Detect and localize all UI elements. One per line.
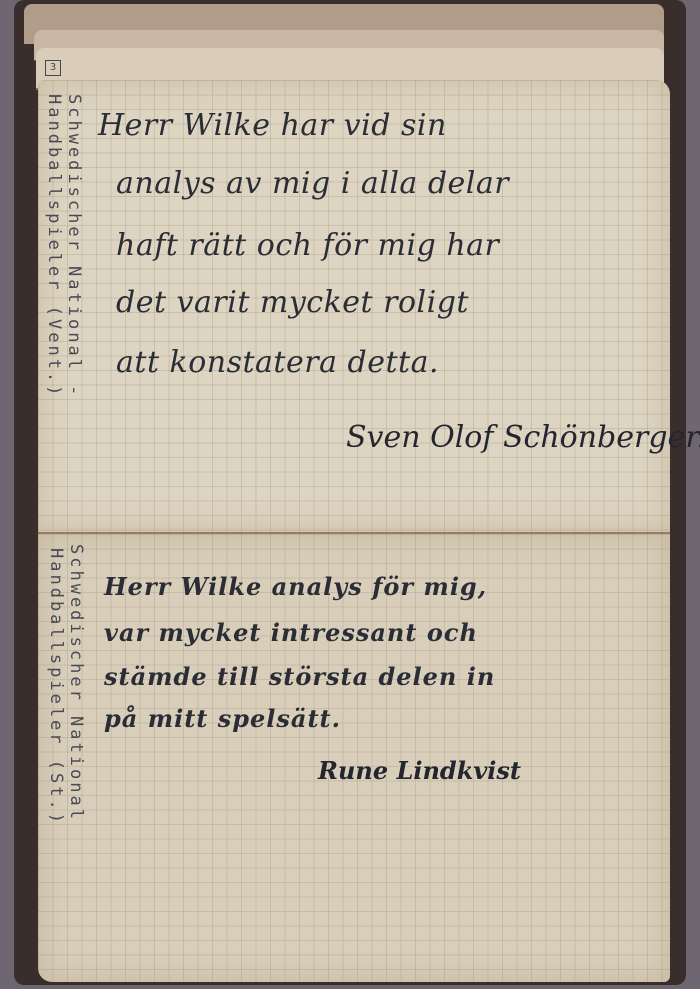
- margin-note: Handballspieler (Vent.): [44, 94, 64, 398]
- margin-note: Schwedischer National -: [64, 94, 84, 398]
- top-page: Herr Wilke har vid sin analys av mig i a…: [38, 80, 670, 532]
- page-number-marker: 3: [45, 60, 61, 76]
- entry-line: på mitt spelsätt.: [104, 704, 341, 733]
- entry-line: stämde till största delen in: [104, 662, 495, 691]
- entry-line: haft rätt och för mig har: [116, 228, 499, 263]
- bottom-page: Herr Wilke analys för mig, var mycket in…: [38, 532, 670, 982]
- entry-line: analys av mig i alla delar: [116, 166, 509, 201]
- signature: Sven Olof Schönberger.: [346, 420, 700, 455]
- signature: Rune Lindkvist: [318, 756, 521, 785]
- entry-line: var mycket intressant och: [104, 618, 478, 647]
- margin-note: Schwedischer National: [66, 544, 86, 822]
- entry-line: det varit mycket roligt: [116, 285, 469, 320]
- entry-line: Herr Wilke analys för mig,: [104, 572, 487, 601]
- margin-note: Handballspieler (St.): [46, 548, 66, 826]
- entry-line: att konstatera detta.: [116, 345, 439, 380]
- entry-line: Herr Wilke har vid sin: [98, 108, 447, 143]
